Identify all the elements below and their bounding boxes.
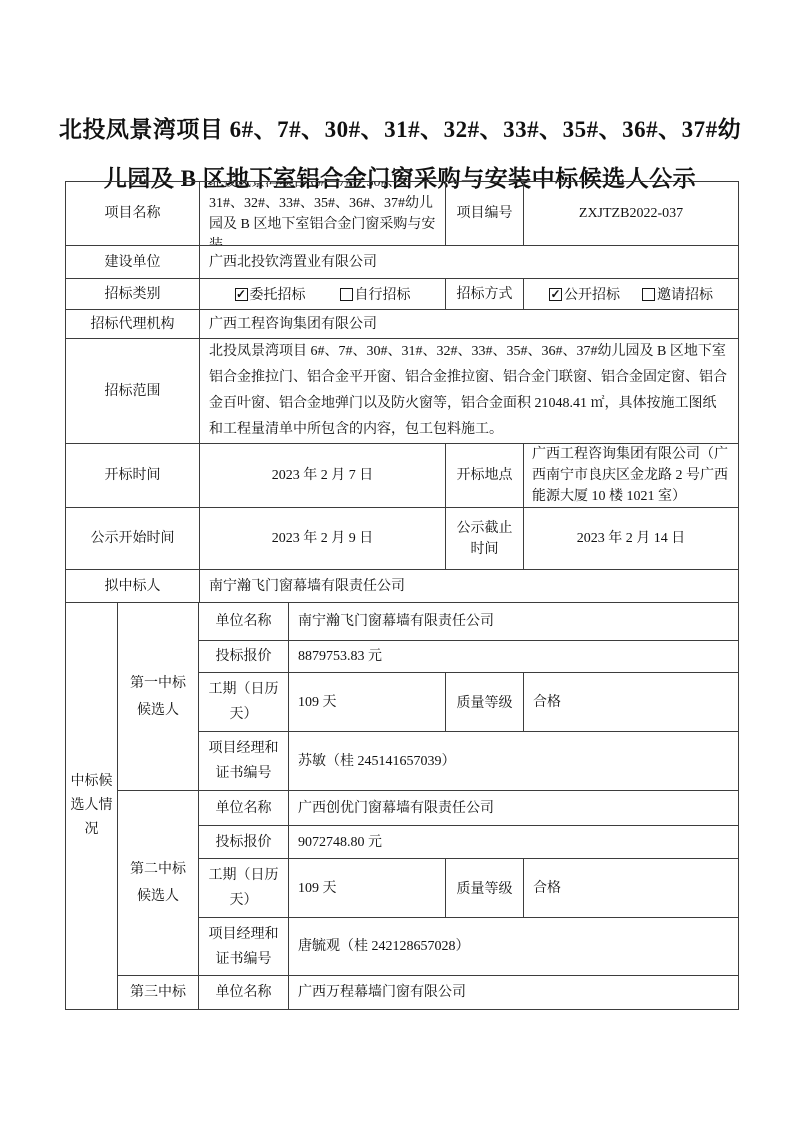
owner-value: 广西北投钦湾置业有限公司 (200, 246, 739, 279)
candidates-section: 中标候选人情况 第一中标候选人 单位名称 南宁瀚飞门窗幕墙有限责任公司 投标报价… (66, 603, 739, 1010)
candidate-2-duration-row: 工期（日历天） 109 天 质量等级 合格 (199, 859, 739, 918)
candidate-2-price-row: 投标报价 9072748.80 元 (199, 826, 739, 859)
bid-price-label: 投标报价 (199, 641, 289, 673)
option-entrusted-tender: ✓ 委托招标 (235, 284, 306, 304)
checkbox-unchecked-icon (642, 288, 655, 301)
project-name-label: 项目名称 (66, 182, 200, 246)
candidate-2-block: 第二中标候选人 单位名称 广西创优门窗幕墙有限责任公司 投标报价 9072748… (118, 791, 739, 976)
publicity-start-value: 2023 年 2 月 9 日 (200, 508, 446, 570)
unit-name-label: 单位名称 (199, 976, 289, 1010)
candidate-1-manager-row: 项目经理和证书编号 苏敏（桂 245141657039） (199, 732, 739, 791)
option-open-label: 公开招标 (564, 284, 620, 304)
scope-label: 招标范围 (66, 339, 200, 444)
candidate-2-quality-value: 合格 (524, 859, 739, 918)
candidate-2-rank: 第二中标候选人 (118, 791, 199, 976)
option-entrusted-label: 委托招标 (250, 284, 306, 304)
document-page: 北投凤景湾项目 6#、7#、30#、31#、32#、33#、35#、36#、37… (0, 0, 800, 1131)
candidate-3-unit-row: 单位名称 广西万程幕墙门窗有限公司 (199, 976, 739, 1010)
candidate-1-duration-value: 109 天 (289, 673, 446, 732)
candidate-1-price-value: 8879753.83 元 (289, 641, 739, 673)
candidate-1-manager-value: 苏敏（桂 245141657039） (289, 732, 739, 791)
candidate-1-rank: 第一中标候选人 (118, 603, 199, 791)
candidate-2-price-value: 9072748.80 元 (289, 826, 739, 859)
row-project-name: 项目名称 北投凤景湾项目 6#、7#、30#、31#、32#、33#、35#、3… (66, 182, 739, 246)
option-self-label: 自行招标 (355, 284, 411, 304)
project-code-value: ZXJTZB2022-037 (524, 182, 739, 246)
row-scope: 招标范围 北投凤景湾项目 6#、7#、30#、31#、32#、33#、35#、3… (66, 339, 739, 444)
bid-opening-place-value: 广西工程咨询集团有限公司（广西南宁市良庆区金龙路 2 号广西能源大厦 10 楼 … (524, 444, 739, 508)
candidate-2-unit-value: 广西创优门窗幕墙有限责任公司 (289, 791, 739, 826)
manager-cert-label: 项目经理和证书编号 (199, 732, 289, 791)
tender-method-label: 招标方式 (446, 279, 524, 310)
bid-opening-time-value: 2023 年 2 月 7 日 (200, 444, 446, 508)
candidate-1-price-row: 投标报价 8879753.83 元 (199, 641, 739, 673)
candidate-2-unit-row: 单位名称 广西创优门窗幕墙有限责任公司 (199, 791, 739, 826)
row-agency: 招标代理机构 广西工程咨询集团有限公司 (66, 310, 739, 339)
candidate-1-block: 第一中标候选人 单位名称 南宁瀚飞门窗幕墙有限责任公司 投标报价 8879753… (118, 603, 739, 791)
checkbox-checked-icon: ✓ (235, 288, 248, 301)
tender-category-label: 招标类别 (66, 279, 200, 310)
candidate-1-unit-value: 南宁瀚飞门窗幕墙有限责任公司 (289, 603, 739, 641)
candidate-3-block: 第三中标 单位名称 广西万程幕墙门窗有限公司 (118, 976, 739, 1010)
candidate-1-rows: 单位名称 南宁瀚飞门窗幕墙有限责任公司 投标报价 8879753.83 元 工期… (199, 603, 739, 791)
owner-label: 建设单位 (66, 246, 200, 279)
unit-name-label: 单位名称 (199, 603, 289, 641)
candidate-2-rows: 单位名称 广西创优门窗幕墙有限责任公司 投标报价 9072748.80 元 工期… (199, 791, 739, 976)
candidate-2-manager-value: 唐毓观（桂 242128657028） (289, 918, 739, 976)
bid-opening-time-label: 开标时间 (66, 444, 200, 508)
candidate-1-duration-row: 工期（日历天） 109 天 质量等级 合格 (199, 673, 739, 732)
announcement-table: 项目名称 北投凤景湾项目 6#、7#、30#、31#、32#、33#、35#、3… (65, 181, 739, 1010)
bid-opening-place-label: 开标地点 (446, 444, 524, 508)
option-invited-label: 邀请招标 (657, 284, 713, 304)
option-open-tender: ✓ 公开招标 (549, 284, 620, 304)
candidate-2-duration-value: 109 天 (289, 859, 446, 918)
project-code-label: 项目编号 (446, 182, 524, 246)
manager-cert-label: 项目经理和证书编号 (199, 918, 289, 976)
row-tender-type: 招标类别 ✓ 委托招标 自行招标 招标方式 ✓ 公开招标 (66, 279, 739, 310)
quality-grade-label: 质量等级 (446, 673, 524, 732)
duration-label: 工期（日历天） (199, 859, 289, 918)
row-owner: 建设单位 广西北投钦湾置业有限公司 (66, 246, 739, 279)
proposed-winner-label: 拟中标人 (66, 570, 200, 603)
row-publicity: 公示开始时间 2023 年 2 月 9 日 公示截止时间 2023 年 2 月 … (66, 508, 739, 570)
candidate-3-unit-value: 广西万程幕墙门窗有限公司 (289, 976, 739, 1010)
checkbox-unchecked-icon (340, 288, 353, 301)
candidate-2-manager-row: 项目经理和证书编号 唐毓观（桂 242128657028） (199, 918, 739, 976)
tender-method-options: ✓ 公开招标 邀请招标 (524, 279, 739, 310)
publicity-end-value: 2023 年 2 月 14 日 (524, 508, 739, 570)
publicity-end-label: 公示截止时间 (446, 508, 524, 570)
candidate-1-quality-value: 合格 (524, 673, 739, 732)
scope-value: 北投凤景湾项目 6#、7#、30#、31#、32#、33#、35#、36#、37… (200, 339, 739, 444)
candidates-section-label: 中标候选人情况 (66, 603, 118, 1010)
checkbox-checked-icon: ✓ (549, 288, 562, 301)
candidate-3-rank: 第三中标 (118, 976, 199, 1010)
agency-label: 招标代理机构 (66, 310, 200, 339)
proposed-winner-value: 南宁瀚飞门窗幕墙有限责任公司 (200, 570, 739, 603)
row-proposed-winner: 拟中标人 南宁瀚飞门窗幕墙有限责任公司 (66, 570, 739, 603)
candidate-1-unit-row: 单位名称 南宁瀚飞门窗幕墙有限责任公司 (199, 603, 739, 641)
project-name-value: 北投凤景湾项目 6#、7#、30#、31#、32#、33#、35#、36#、37… (200, 182, 446, 246)
candidate-3-rows: 单位名称 广西万程幕墙门窗有限公司 (199, 976, 739, 1010)
option-self-tender: 自行招标 (340, 284, 411, 304)
unit-name-label: 单位名称 (199, 791, 289, 826)
option-invited-tender: 邀请招标 (642, 284, 713, 304)
publicity-start-label: 公示开始时间 (66, 508, 200, 570)
quality-grade-label: 质量等级 (446, 859, 524, 918)
tender-category-options: ✓ 委托招标 自行招标 (200, 279, 446, 310)
bid-price-label: 投标报价 (199, 826, 289, 859)
candidates-blocks: 第一中标候选人 单位名称 南宁瀚飞门窗幕墙有限责任公司 投标报价 8879753… (118, 603, 739, 1010)
duration-label: 工期（日历天） (199, 673, 289, 732)
agency-value: 广西工程咨询集团有限公司 (200, 310, 739, 339)
row-bid-opening: 开标时间 2023 年 2 月 7 日 开标地点 广西工程咨询集团有限公司（广西… (66, 444, 739, 508)
